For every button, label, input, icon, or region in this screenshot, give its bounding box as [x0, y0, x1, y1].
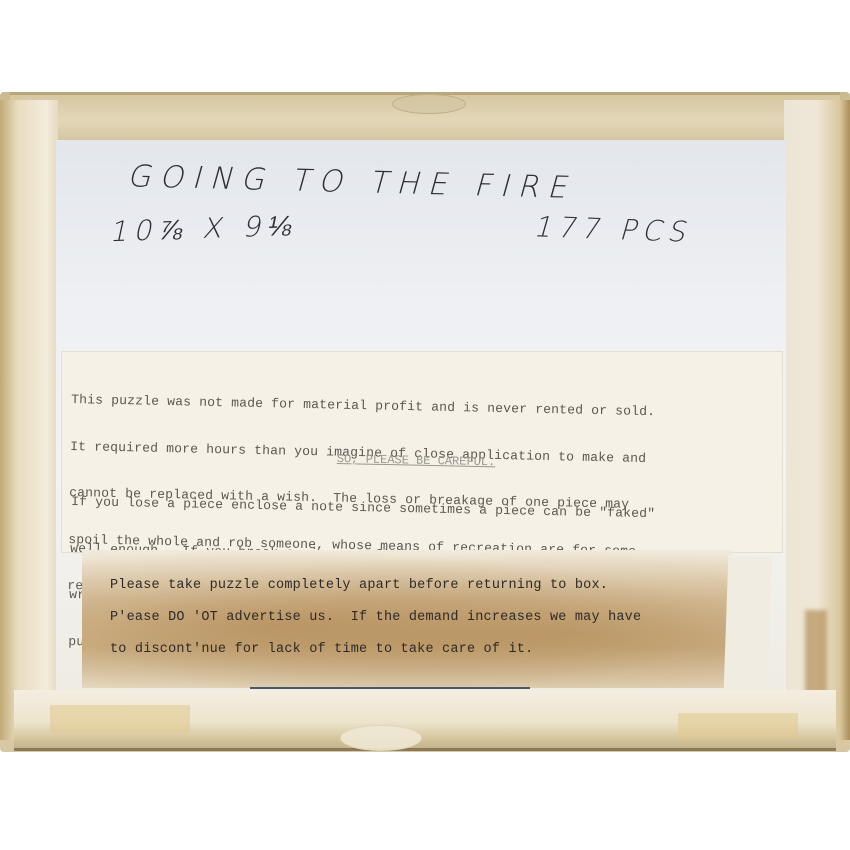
stained-note-line: to discont'nue for lack of time to take …: [110, 642, 533, 657]
handwritten-dimensions: 10⅞ X 9⅛: [108, 209, 302, 248]
box-left-wall: [0, 100, 58, 740]
typed-line: This puzzle was not made for material pr…: [71, 392, 687, 420]
ink-line: [250, 687, 530, 689]
paper-tab: [724, 555, 773, 691]
tape-mark-bottom: [340, 725, 422, 751]
stained-note-line: Please take puzzle completely apart befo…: [110, 578, 608, 593]
handwritten-piece-count: 177 PCS: [531, 210, 697, 249]
stained-note-line: P'ease DO 'OT advertise us. If the deman…: [110, 610, 641, 625]
tape-strip-right: [678, 713, 798, 739]
typed-line: If you lose a piece enclose a note since…: [71, 494, 663, 522]
tape-strip-left: [50, 705, 190, 733]
tape-mark: [392, 94, 466, 114]
